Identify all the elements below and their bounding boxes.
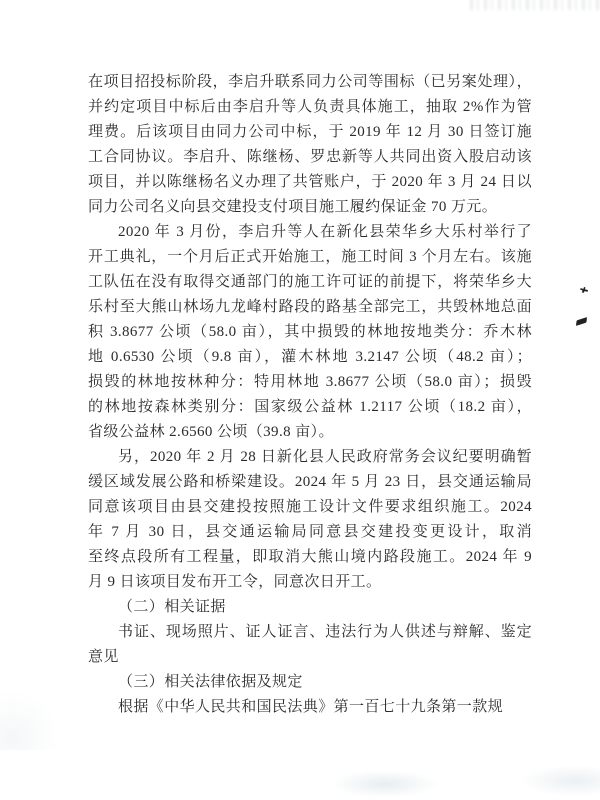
text-line: 另，2020 年 2 月 28 日新化县人民政府常务会议纪要明确暂 [88, 445, 532, 470]
paragraph: 根据《中华人民共和国民法典》第一百七十九条第一款规定， [88, 695, 532, 720]
text-line: 工合同协议。李启升、陈继杨、罗忠新等人共同出资入股启动该 [88, 145, 532, 170]
text-line: 根据《中华人民共和国民法典》第一百七十九条第一款规定， [88, 695, 532, 720]
text-line: 在项目招投标阶段，李启升联系同力公司等围标（已另案处理）， [88, 70, 532, 95]
paragraph: 在项目招投标阶段，李启升联系同力公司等围标（已另案处理），并约定项目中标后由李启… [88, 70, 532, 220]
text-line: 乐村至大熊山林场九龙峰村路段的路基全部完工，共毁林地总面 [88, 295, 532, 320]
text-line: 的林地按森林类别分：国家级公益林 1.2117 公顷（18.2 亩）， [88, 395, 532, 420]
paragraph: 书证、现场照片、证人证言、违法行为人供述与辩解、鉴定意见 [88, 620, 532, 670]
text-line: 2020 年 3 月份，李启升等人在新化县荣华乡大乐村举行了 [88, 220, 532, 245]
text-line: 项目，并以陈继杨名义办理了共管账户，于 2020 年 3 月 24 日以 [88, 170, 532, 195]
text-line: 省级公益林 2.6560 公顷（39.8 亩）。 [88, 420, 532, 445]
text-line: （二）相关证据 [88, 595, 532, 620]
scan-artifact-mark [576, 317, 587, 326]
text-line: 积 3.8677 公顷（58.0 亩），其中损毁的林地按地类分：乔木林 [88, 320, 532, 345]
text-line: 开工典礼，一个月后正式开始施工，施工时间 3 个月左右。该施 [88, 245, 532, 270]
text-line: 损毁的林地按林种分：特用林地 3.8677 公顷（58.0 亩）；损毁 [88, 370, 532, 395]
text-line: 书证、现场照片、证人证言、违法行为人供述与辩解、鉴定 [88, 620, 532, 645]
scan-artifact-mark [579, 286, 588, 294]
text-line: 至终点段所有工程量，即取消大熊山境内路段施工。2024 年 9 [88, 545, 532, 570]
text-line: 年 7 月 30 日，县交通运输局同意县交建投变更设计，取消 K13+500 [88, 520, 532, 545]
paragraph: 另，2020 年 2 月 28 日新化县人民政府常务会议纪要明确暂缓区域发展公路… [88, 445, 532, 595]
text-line: 缓区域发展公路和桥梁建设。2024 年 5 月 23 日，县交通运输局 [88, 470, 532, 495]
paragraph: 2020 年 3 月份，李启升等人在新化县荣华乡大乐村举行了开工典礼，一个月后正… [88, 220, 532, 445]
section-heading: （二）相关证据 [88, 595, 532, 620]
scan-smudge [0, 690, 60, 750]
scan-smudge [330, 770, 440, 798]
text-line: 理费。后该项目由同力公司中标，于 2019 年 12 月 30 日签订施 [88, 120, 532, 145]
text-line: 同意该项目由县交建投按照施工设计文件要求组织施工。2024 [88, 495, 532, 520]
scan-smudge [520, 765, 600, 797]
document-body-text: 在项目招投标阶段，李启升联系同力公司等围标（已另案处理），并约定项目中标后由李启… [88, 70, 532, 720]
text-line: 同力公司名义向县交建投支付项目施工履约保证金 70 万元。 [88, 195, 532, 220]
text-line: （三）相关法律依据及规定 [88, 670, 532, 695]
text-line: 工队伍在没有取得交通部门的施工许可证的前提下，将荣华乡大 [88, 270, 532, 295]
scan-bleedthrough-top [470, 0, 600, 10]
text-line: 意见 [88, 645, 532, 670]
scanned-document-page: 在项目招投标阶段，李启升联系同力公司等围标（已另案处理），并约定项目中标后由李启… [0, 0, 600, 800]
text-line: 月 9 日该项目发布开工令，同意次日开工。 [88, 570, 532, 595]
section-heading: （三）相关法律依据及规定 [88, 670, 532, 695]
text-line: 地 0.6530 公顷（9.8 亩），灌木林地 3.2147 公顷（48.2 亩… [88, 345, 532, 370]
text-line: 并约定项目中标后由李启升等人负责具体施工，抽取 2%作为管 [88, 95, 532, 120]
